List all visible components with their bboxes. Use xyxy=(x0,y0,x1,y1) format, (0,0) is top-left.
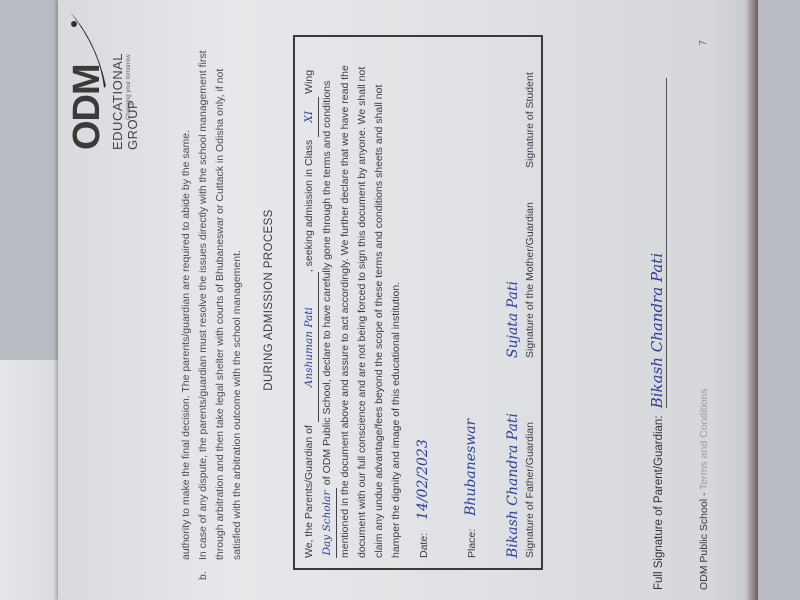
student-signature-label: Signature of Student xyxy=(524,72,536,168)
declaration-text: We, the Parents/Guardian of Anshuman Pat… xyxy=(301,47,405,558)
class-field[interactable]: XI xyxy=(301,97,319,137)
odm-logo: ODM EDUCATIONAL GROUP Changing your tomo… xyxy=(66,10,146,150)
wing-field[interactable]: Day Scholar xyxy=(319,488,337,558)
page-footer: ODM Public School - Terms and Conditions xyxy=(698,388,710,590)
logo-tagline: Changing your tomorrow xyxy=(126,54,132,120)
full-signature-field[interactable]: Bikash Chandra Pati xyxy=(648,78,667,408)
mother-signature[interactable]: Sujata Pati Signature of the Mother/Guar… xyxy=(505,202,539,358)
section-heading: DURING ADMISSION PROCESS xyxy=(263,0,275,600)
clause-label: b. xyxy=(195,571,212,580)
student-name-field[interactable]: Anshuman Pati xyxy=(301,272,319,422)
footer-doc-title: Terms and Conditions xyxy=(698,388,710,490)
date-value[interactable]: 14/02/2023 xyxy=(415,439,431,520)
place-row: Place: Bhubaneswar xyxy=(463,419,481,558)
logo-group: EDUCATIONAL GROUP xyxy=(110,10,140,150)
mother-signature-label: Signature of the Mother/Guardian xyxy=(524,202,536,358)
place-label: Place: xyxy=(466,529,478,558)
student-signature[interactable]: Signature of Student xyxy=(505,72,539,168)
clause-lead-line: authority to make the final decision. Th… xyxy=(178,40,195,560)
page-number: 7 xyxy=(698,40,709,46)
father-signature[interactable]: Bikash Chandra Pati Signature of Father/… xyxy=(505,413,539,558)
place-value[interactable]: Bhubaneswar xyxy=(463,419,479,516)
full-signature-row: Full Signature of Parent/Guardian: Bikas… xyxy=(648,78,667,590)
rotated-content: ODM EDUCATIONAL GROUP Changing your tomo… xyxy=(58,0,758,600)
full-signature-label: Full Signature of Parent/Guardian: xyxy=(653,415,665,590)
date-label: Date: xyxy=(418,533,430,558)
father-signature-label: Signature of Father/Guardian xyxy=(524,422,536,558)
footer-school: ODM Public School - xyxy=(698,493,710,590)
clause-text: In case of any dispute, the parents/guar… xyxy=(195,40,246,560)
date-row: Date: 14/02/2023 xyxy=(415,439,433,558)
declaration-box: We, the Parents/Guardian of Anshuman Pat… xyxy=(293,35,543,570)
document-page: ODM EDUCATIONAL GROUP Changing your tomo… xyxy=(58,0,758,600)
clause-b: authority to make the final decision. Th… xyxy=(178,40,246,560)
runner-swoosh-icon xyxy=(66,10,108,90)
